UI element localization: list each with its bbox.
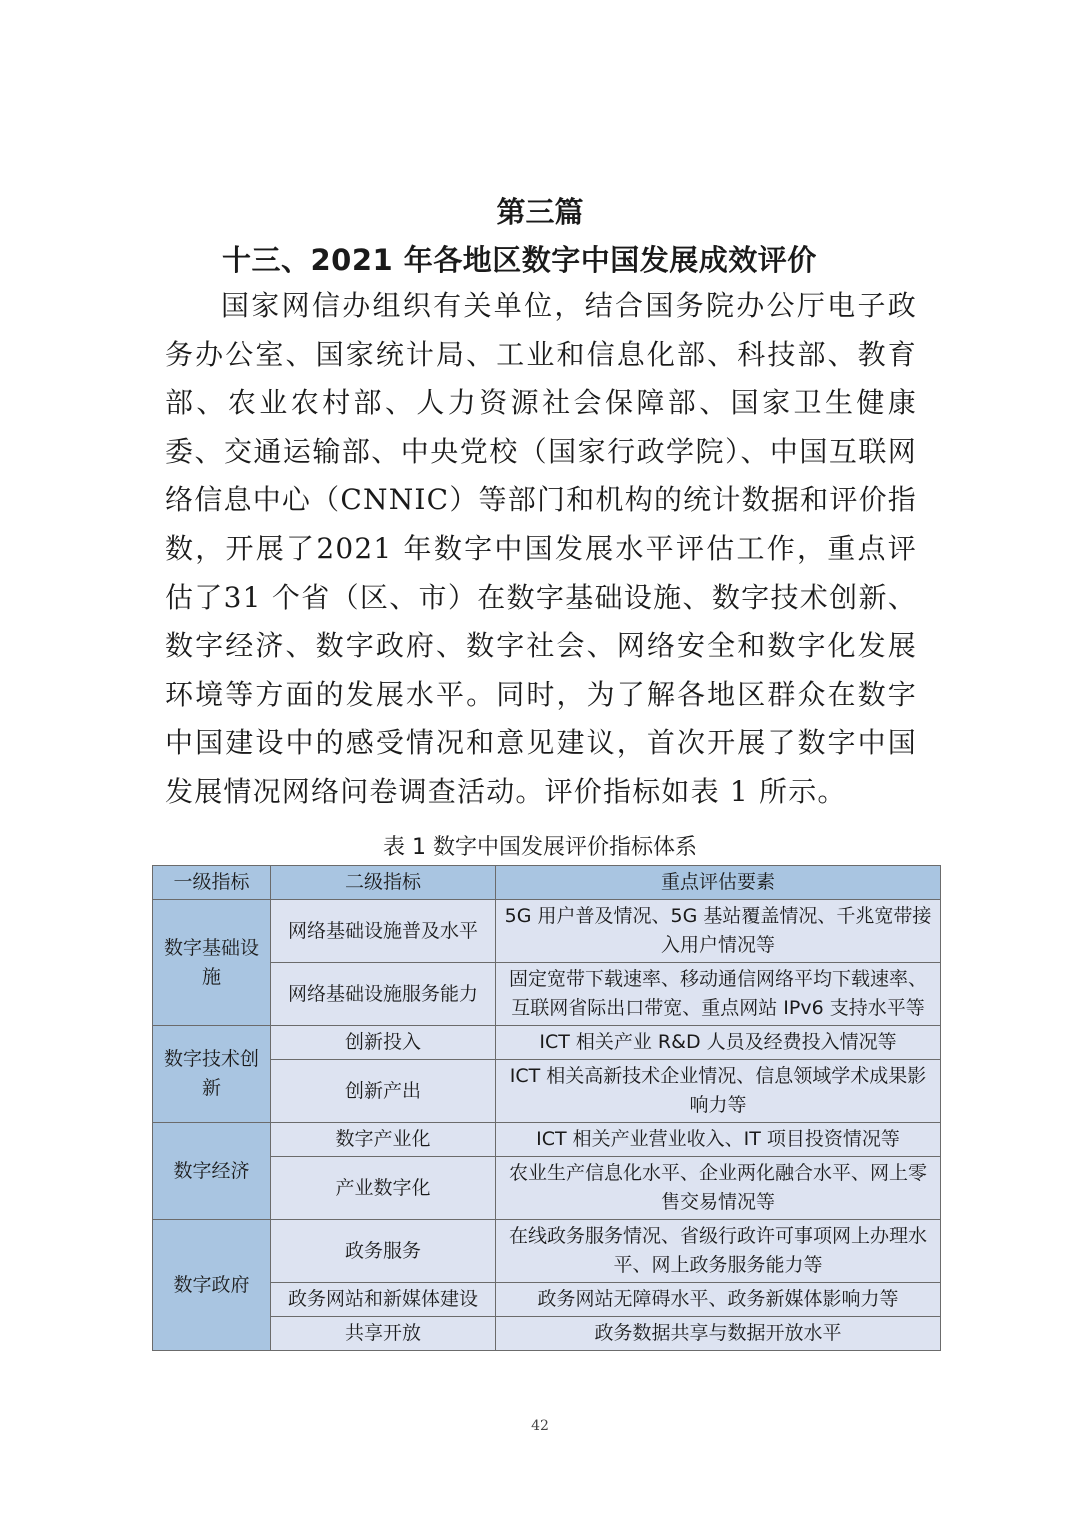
level2-cell: 数字产业化: [271, 1123, 496, 1157]
elements-cell: 政务数据共享与数据开放水平: [496, 1317, 941, 1351]
part-title: 第三篇: [0, 190, 1080, 231]
table-row: 共享开放 政务数据共享与数据开放水平: [153, 1317, 941, 1351]
level2-cell: 网络基础设施普及水平: [271, 900, 496, 963]
elements-cell: 固定宽带下载速率、移动通信网络平均下载速率、互联网省际出口带宽、重点网站 IPv…: [496, 963, 941, 1026]
body-paragraph-block: 国家网信办组织有关单位，结合国务院办公厅电子政务办公室、国家统计局、工业和信息化…: [165, 282, 917, 817]
elements-cell: 在线政务服务情况、省级行政许可事项网上办理水平、网上政务服务能力等: [496, 1220, 941, 1283]
header-level1: 一级指标: [153, 866, 271, 900]
evaluation-index-table: 一级指标 二级指标 重点评估要素 数字基础设施 网络基础设施普及水平 5G 用户…: [152, 865, 941, 1351]
table-row: 数字政府 政务服务 在线政务服务情况、省级行政许可事项网上办理水平、网上政务服务…: [153, 1220, 941, 1283]
level2-cell: 产业数字化: [271, 1157, 496, 1220]
level2-cell: 创新产出: [271, 1060, 496, 1123]
level2-cell: 创新投入: [271, 1026, 496, 1060]
level1-cell: 数字经济: [153, 1123, 271, 1220]
body-paragraph: 国家网信办组织有关单位，结合国务院办公厅电子政务办公室、国家统计局、工业和信息化…: [165, 282, 917, 817]
elements-cell: ICT 相关高新技术企业情况、信息领域学术成果影响力等: [496, 1060, 941, 1123]
table-caption: 表 1 数字中国发展评价指标体系: [0, 830, 1080, 861]
table-header-row: 一级指标 二级指标 重点评估要素: [153, 866, 941, 900]
elements-cell: ICT 相关产业营业收入、IT 项目投资情况等: [496, 1123, 941, 1157]
elements-cell: 5G 用户普及情况、5G 基站覆盖情况、千兆宽带接入用户情况等: [496, 900, 941, 963]
level2-cell: 政务服务: [271, 1220, 496, 1283]
header-level2: 二级指标: [271, 866, 496, 900]
level1-cell: 数字基础设施: [153, 900, 271, 1026]
table-row: 数字基础设施 网络基础设施普及水平 5G 用户普及情况、5G 基站覆盖情况、千兆…: [153, 900, 941, 963]
table-row: 数字经济 数字产业化 ICT 相关产业营业收入、IT 项目投资情况等: [153, 1123, 941, 1157]
table-row: 创新产出 ICT 相关高新技术企业情况、信息领域学术成果影响力等: [153, 1060, 941, 1123]
section-title: 十三、2021 年各地区数字中国发展成效评价: [222, 238, 922, 279]
level2-cell: 共享开放: [271, 1317, 496, 1351]
elements-cell: 农业生产信息化水平、企业两化融合水平、网上零售交易情况等: [496, 1157, 941, 1220]
level1-cell: 数字政府: [153, 1220, 271, 1351]
table-row: 政务网站和新媒体建设 政务网站无障碍水平、政务新媒体影响力等: [153, 1283, 941, 1317]
level2-cell: 网络基础设施服务能力: [271, 963, 496, 1026]
elements-cell: ICT 相关产业 R&D 人员及经费投入情况等: [496, 1026, 941, 1060]
page-number: 42: [0, 1418, 1080, 1434]
header-elements: 重点评估要素: [496, 866, 941, 900]
level1-cell: 数字技术创新: [153, 1026, 271, 1123]
table-row: 数字技术创新 创新投入 ICT 相关产业 R&D 人员及经费投入情况等: [153, 1026, 941, 1060]
table-row: 网络基础设施服务能力 固定宽带下载速率、移动通信网络平均下载速率、互联网省际出口…: [153, 963, 941, 1026]
level2-cell: 政务网站和新媒体建设: [271, 1283, 496, 1317]
elements-cell: 政务网站无障碍水平、政务新媒体影响力等: [496, 1283, 941, 1317]
table-row: 产业数字化 农业生产信息化水平、企业两化融合水平、网上零售交易情况等: [153, 1157, 941, 1220]
